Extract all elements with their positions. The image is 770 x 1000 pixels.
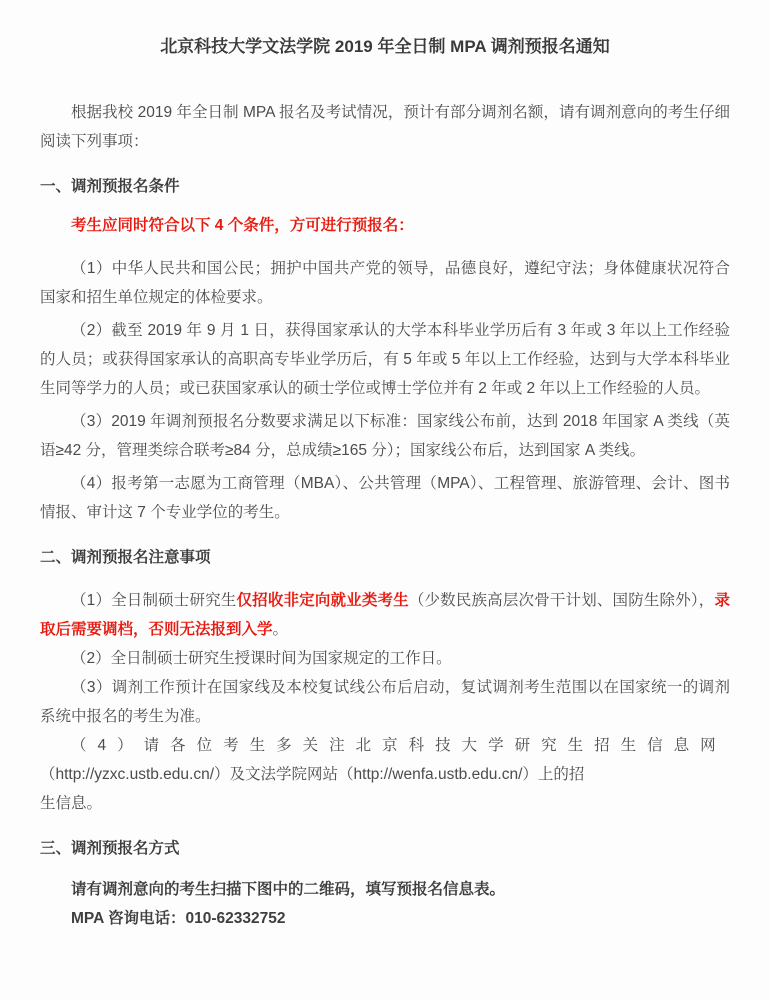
mpa-phone-line: MPA 咨询电话：010-62332752	[40, 904, 730, 933]
section-3-heading: 三、调剂预报名方式	[40, 834, 730, 863]
intro-paragraph: 根据我校 2019 年全日制 MPA 报名及考试情况，预计有部分调剂名额，请有调…	[40, 98, 730, 156]
condition-item-3: （3）2019 年调剂预报名分数要求满足以下标准：国家线公布前，达到 2018 …	[40, 407, 730, 465]
note-item-2: （2）全日制硕士研究生授课时间为国家规定的工作日。	[40, 644, 730, 673]
note-item-4-line2: （http://yzxc.ustb.edu.cn/）及文法学院网站（http:/…	[40, 760, 730, 789]
condition-item-4: （4）报考第一志愿为工商管理（MBA）、公共管理（MPA）、工程管理、旅游管理、…	[40, 469, 730, 527]
condition-item-2: （2）截至 2019 年 9 月 1 日，获得国家承认的大学本科毕业学历后有 3…	[40, 316, 730, 403]
red-requirement-note: 考生应同时符合以下 4 个条件，方可进行预报名：	[40, 211, 730, 240]
note-item-4-line1: （4）请各位考生多关注北京科技大学研究生招生信息网	[40, 731, 730, 760]
document-page: 北京科技大学文法学院 2019 年全日制 MPA 调剂预报名通知 根据我校 20…	[0, 0, 770, 1000]
note-item-1: （1）全日制硕士研究生仅招收非定向就业类考生（少数民族高层次骨干计划、国防生除外…	[40, 586, 730, 644]
note-item-4-line3: 生信息。	[40, 789, 730, 818]
condition-item-1: （1）中华人民共和国公民；拥护中国共产党的领导，品德良好，遵纪守法；身体健康状况…	[40, 254, 730, 312]
scan-instruction: 请有调剂意向的考生扫描下图中的二维码，填写预报名信息表。	[40, 875, 730, 904]
section-1-heading: 一、调剂预报名条件	[40, 172, 730, 201]
notice-title: 北京科技大学文法学院 2019 年全日制 MPA 调剂预报名通知	[40, 34, 730, 60]
note-item-4: （4）请各位考生多关注北京科技大学研究生招生信息网 （http://yzxc.u…	[40, 731, 730, 818]
section-2-heading: 二、调剂预报名注意事项	[40, 543, 730, 572]
note-item-3: （3）调剂工作预计在国家线及本校复试线公布后启动，复试调剂考生范围以在国家统一的…	[40, 673, 730, 731]
